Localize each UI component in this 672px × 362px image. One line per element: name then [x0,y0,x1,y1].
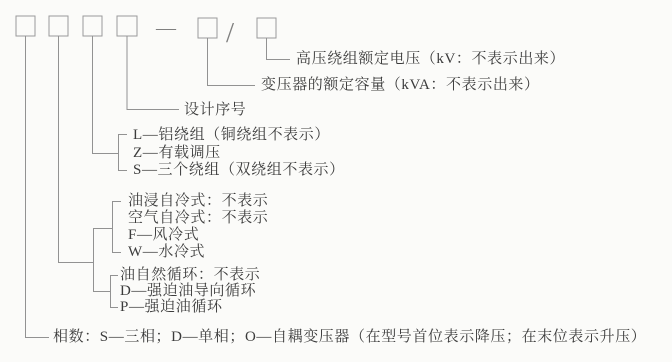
label-capacity: 变压器的额定容量（kVA：不表示出来） [261,78,540,93]
bracket-circulation-group [111,276,119,308]
label-cooling-water: W—水冷式 [128,245,205,260]
label-design-no: 设计序号 [184,103,246,118]
code-box-5 [198,18,217,38]
transformer-model-designation-diagram: — / 高压绕组额定电压（kV：不表示出来） 变压器的额定容量（kVA：不表示出… [0,0,672,362]
label-winding-aluminum: L—铝绕组（铜绕组不表示） [133,128,330,143]
slash-separator: / [226,17,235,49]
connector-winding-group [93,36,119,154]
code-box-6 [257,18,276,38]
connector-design-no [127,36,179,110]
bracket-winding-group [119,135,128,171]
label-cooling-fan: F—风冷式 [128,228,199,243]
code-box-2 [49,16,68,36]
connector-hv-voltage [267,38,291,60]
label-winding-three: S—三个绕组（双绕组不表示） [133,163,345,178]
code-box-3 [83,16,102,36]
connector-cooling-circulation [59,36,94,263]
code-box-1 [16,16,35,36]
label-circulation-natural: 油自然循环：不表示 [120,268,260,283]
label-phase: 相数：S—三相；D—单相；O—自耦变压器（在型号首位表示降压；在末位表示升压） [53,330,646,345]
label-winding-onload-tap: Z—有载调压 [133,146,221,161]
dash-separator: — [155,17,177,39]
trunk-cooling-circulation [94,229,113,292]
code-box-4 [117,16,137,36]
label-circulation-forced-directed: D—强迫油导向循环 [120,284,256,299]
label-hv-voltage: 高压绕组额定电压（kV：不表示出来） [296,52,565,67]
bracket-cooling-group [113,202,122,253]
label-circulation-forced: P—强迫油循环 [120,300,223,315]
label-cooling-air-self: 空气自冷式：不表示 [128,211,268,226]
label-cooling-oil-self: 油浸自冷式：不表示 [128,194,268,209]
connector-phase [26,36,50,338]
